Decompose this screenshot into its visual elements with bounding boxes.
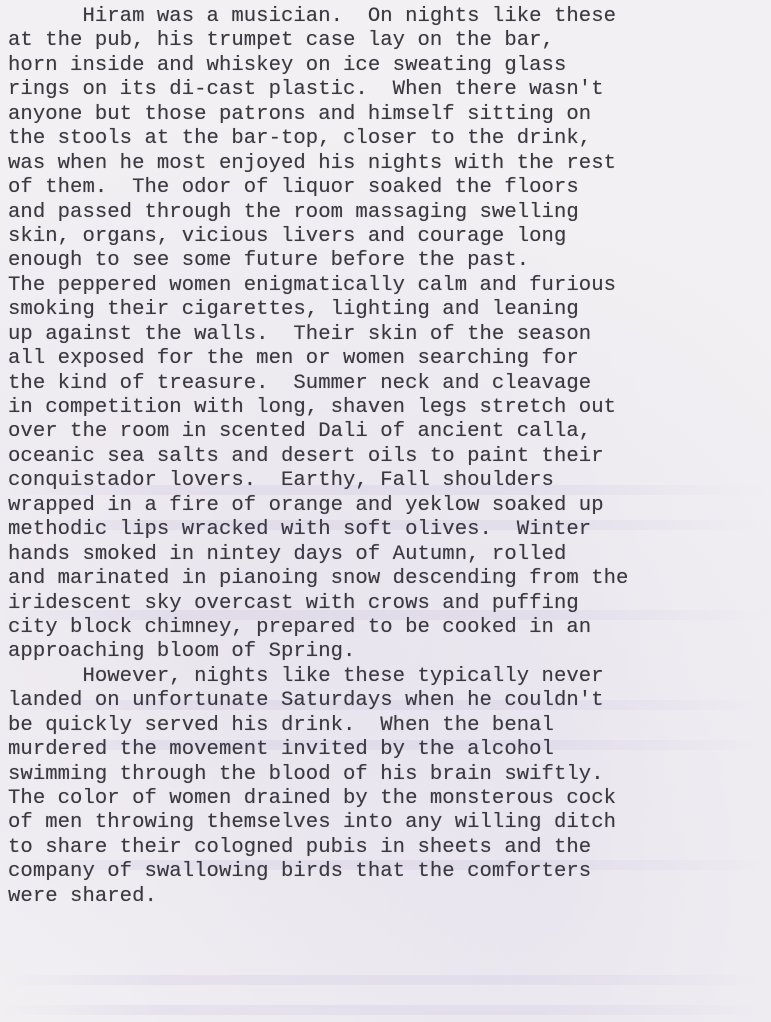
- text-line: company of swallowing birds that the com…: [8, 860, 628, 884]
- text-line: enough to see some future before the pas…: [8, 249, 628, 273]
- text-line: horn inside and whiskey on ice sweating …: [8, 54, 628, 78]
- text-line: landed on unfortunate Saturdays when he …: [8, 689, 628, 713]
- text-line: Hiram was a musician. On nights like the…: [8, 5, 628, 29]
- text-line: the stools at the bar-top, closer to the…: [8, 127, 628, 151]
- text-line: approaching bloom of Spring.: [8, 640, 628, 664]
- text-line: were shared.: [8, 885, 628, 909]
- text-line: and passed through the room massaging sw…: [8, 201, 628, 225]
- text-line: swimming through the blood of his brain …: [8, 763, 628, 787]
- text-line: oceanic sea salts and desert oils to pai…: [8, 445, 628, 469]
- text-line: wrapped in a fire of orange and yeklow s…: [8, 494, 628, 518]
- text-line: conquistador lovers. Earthy, Fall should…: [8, 469, 628, 493]
- text-line: anyone but those patrons and himself sit…: [8, 103, 628, 127]
- text-line: of them. The odor of liquor soaked the f…: [8, 176, 628, 200]
- text-line: city block chimney, prepared to be cooke…: [8, 616, 628, 640]
- typewritten-page: Hiram was a musician. On nights like the…: [0, 0, 771, 1022]
- text-line: murdered the movement invited by the alc…: [8, 738, 628, 762]
- text-line: iridescent sky overcast with crows and p…: [8, 592, 628, 616]
- text-line: methodic lips wracked with soft olives. …: [8, 518, 628, 542]
- text-line: hands smoked in nintey days of Autumn, r…: [8, 543, 628, 567]
- text-line: to share their cologned pubis in sheets …: [8, 836, 628, 860]
- text-line: up against the walls. Their skin of the …: [8, 323, 628, 347]
- text-line: and marinated in pianoing snow descendin…: [8, 567, 628, 591]
- text-line: be quickly served his drink. When the be…: [8, 714, 628, 738]
- bleed-through-mark: [0, 975, 771, 985]
- text-line: However, nights like these typically nev…: [8, 665, 628, 689]
- typed-text-body: Hiram was a musician. On nights like the…: [8, 5, 628, 909]
- text-line: at the pub, his trumpet case lay on the …: [8, 29, 628, 53]
- text-line: smoking their cigarettes, lighting and l…: [8, 298, 628, 322]
- text-line: skin, organs, vicious livers and courage…: [8, 225, 628, 249]
- bleed-through-mark: [0, 1005, 771, 1015]
- text-line: was when he most enjoyed his nights with…: [8, 152, 628, 176]
- text-line: the kind of treasure. Summer neck and cl…: [8, 372, 628, 396]
- text-line: of men throwing themselves into any will…: [8, 811, 628, 835]
- text-line: The color of women drained by the monste…: [8, 787, 628, 811]
- text-line: all exposed for the men or women searchi…: [8, 347, 628, 371]
- text-line: rings on its di-cast plastic. When there…: [8, 78, 628, 102]
- text-line: in competition with long, shaven legs st…: [8, 396, 628, 420]
- text-line: over the room in scented Dali of ancient…: [8, 420, 628, 444]
- text-line: The peppered women enigmatically calm an…: [8, 274, 628, 298]
